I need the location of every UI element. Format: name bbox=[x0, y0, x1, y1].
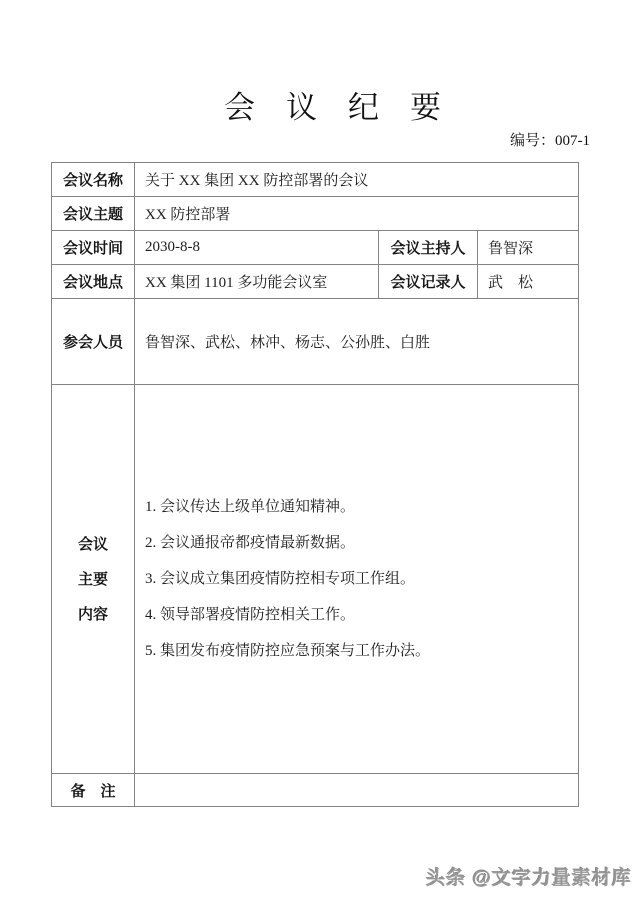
table-row: 会议 主要 内容 1. 会议传达上级单位通知精神。 2. 会议通报帝都疫情最新数… bbox=[52, 385, 579, 774]
content-item-2: 2. 会议通报帝都疫情最新数据。 bbox=[145, 532, 572, 554]
participants-value: 鲁智深、武松、林冲、杨志、公孙胜、白胜 bbox=[135, 299, 579, 385]
meeting-topic-label: 会议主题 bbox=[52, 197, 135, 231]
doc-number: 编号：007-1 bbox=[510, 129, 590, 150]
table-row: 会议主题 XX 防控部署 bbox=[52, 197, 579, 231]
content-item-1: 1. 会议传达上级单位通知精神。 bbox=[145, 496, 572, 518]
meeting-minutes-table: 会议名称 关于 XX 集团 XX 防控部署的会议 会议主题 XX 防控部署 会议… bbox=[51, 162, 579, 807]
host-label: 会议主持人 bbox=[379, 231, 478, 265]
content-item-4: 4. 领导部署疫情防控相关工作。 bbox=[145, 604, 572, 626]
participants-label: 参会人员 bbox=[52, 299, 135, 385]
table-row: 会议名称 关于 XX 集团 XX 防控部署的会议 bbox=[52, 163, 579, 197]
table-row: 会议地点 XX 集团 1101 多功能会议室 会议记录人 武 松 bbox=[52, 265, 579, 299]
content-item-3: 3. 会议成立集团疫情防控相专项工作组。 bbox=[145, 568, 572, 590]
meeting-time-label: 会议时间 bbox=[52, 231, 135, 265]
meeting-name-value: 关于 XX 集团 XX 防控部署的会议 bbox=[135, 163, 579, 197]
table-row: 会议时间 2030-8-8 会议主持人 鲁智深 bbox=[52, 231, 579, 265]
table-row: 备 注 bbox=[52, 774, 579, 807]
meeting-place-label: 会议地点 bbox=[52, 265, 135, 299]
meeting-time-value: 2030-8-8 bbox=[135, 231, 379, 265]
document-page: 会 议 纪 要 编号：007-1 会议名称 关于 XX 集团 XX 防控部署的会… bbox=[0, 0, 640, 905]
table-row: 参会人员 鲁智深、武松、林冲、杨志、公孙胜、白胜 bbox=[52, 299, 579, 385]
meeting-topic-value: XX 防控部署 bbox=[135, 197, 579, 231]
meeting-place-value: XX 集团 1101 多功能会议室 bbox=[135, 265, 379, 299]
meeting-name-label: 会议名称 bbox=[52, 163, 135, 197]
remarks-value bbox=[135, 774, 579, 807]
watermark: 头条 @文字力量素材库 bbox=[426, 863, 632, 890]
recorder-label: 会议记录人 bbox=[379, 265, 478, 299]
recorder-value: 武 松 bbox=[478, 265, 579, 299]
page-title: 会 议 纪 要 bbox=[0, 82, 640, 127]
main-content-value: 1. 会议传达上级单位通知精神。 2. 会议通报帝都疫情最新数据。 3. 会议成… bbox=[135, 385, 579, 774]
main-content-label: 会议 主要 内容 bbox=[52, 385, 135, 774]
content-item-5: 5. 集团发布疫情防控应急预案与工作办法。 bbox=[145, 640, 572, 662]
remarks-label: 备 注 bbox=[52, 774, 135, 807]
host-value: 鲁智深 bbox=[478, 231, 579, 265]
